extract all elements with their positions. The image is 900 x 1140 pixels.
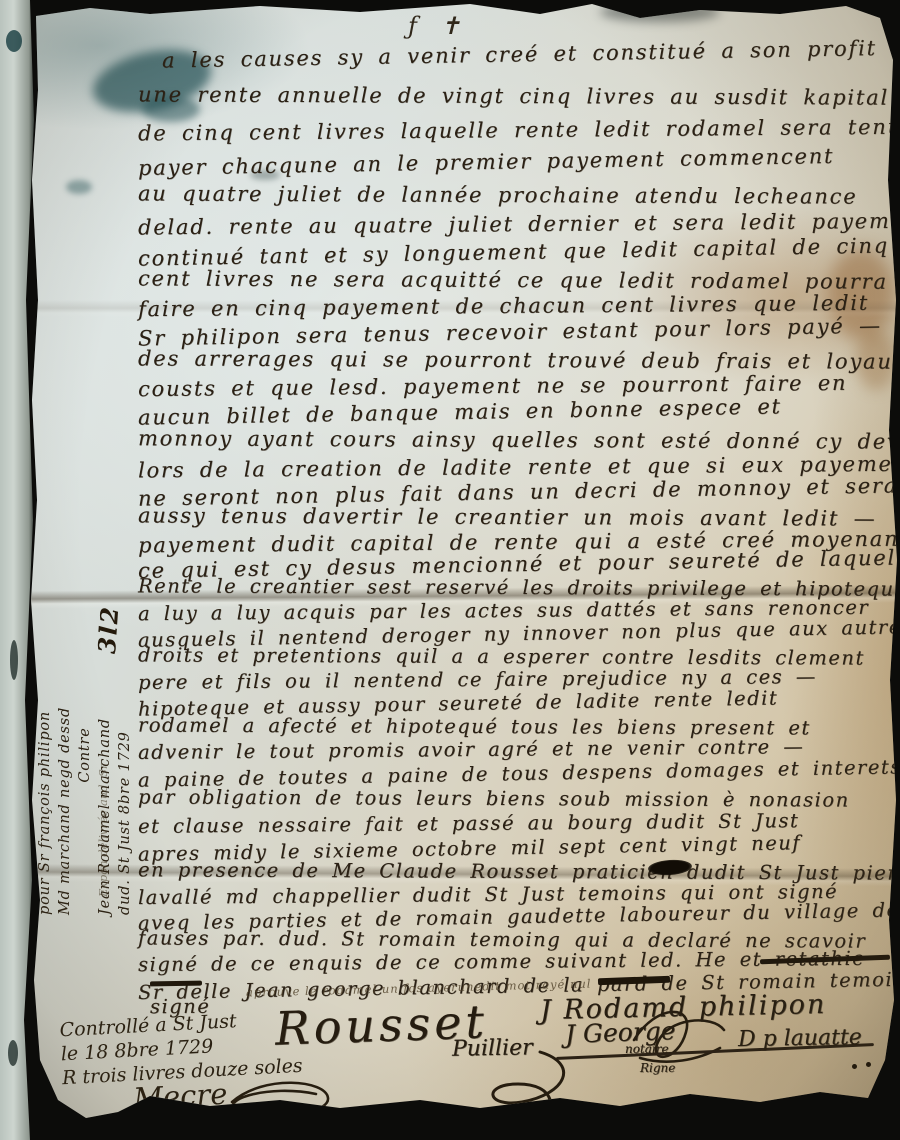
manuscript-line: payer chacqune an le premier payement co…	[138, 144, 835, 180]
tear-mark	[8, 1040, 18, 1066]
manuscript-line: cent livres ne sera acquitté ce que ledi…	[138, 266, 888, 293]
manuscript-line: monnoy ayant cours ainsy quelles sont es…	[138, 426, 900, 454]
signature-title: Rigne	[640, 1061, 675, 1075]
signature-paraph	[470, 1050, 590, 1140]
registrar-flourish	[228, 1078, 338, 1122]
ink-stain	[6, 30, 22, 52]
manuscript-line: au quatre juliet de lannée prochaine ate…	[138, 181, 858, 208]
adjacent-folio-edge	[0, 0, 34, 1140]
manuscript-line: par obligation de tous leurs biens soub …	[138, 785, 850, 811]
manuscript-line: continué tant et sy longuement que ledit…	[138, 233, 889, 270]
ink-dots	[852, 1062, 878, 1072]
manuscript-line: aussy tenus davertir le creantier un moi…	[138, 503, 877, 530]
manuscript-line: une rente annuelle de vingt cinq livres …	[138, 82, 889, 109]
folio-mark: 3l2	[92, 604, 124, 654]
registration-block: Controllé a St Just le 18 8bre 1729 R tr…	[59, 1006, 306, 1138]
manuscript-scene: ƒ ✝ a les causes sy a venir creé et cons…	[0, 0, 900, 1140]
signature-title: notaire	[625, 1042, 669, 1056]
docket-line: Md marchand negd dessd	[55, 595, 75, 915]
registration-numeral: 6	[120, 1102, 306, 1136]
manuscript-line: a les causes sy a venir creé et constitu…	[162, 35, 900, 72]
manuscript-line: de cinq cent livres laquelle rente ledit…	[138, 115, 900, 146]
edge-smudge	[600, 2, 720, 22]
strikethrough-mark	[150, 981, 202, 987]
signature-lavatte: D p lauatte	[738, 1025, 862, 1052]
manuscript-page: ƒ ✝ a les causes sy a venir creé et cons…	[0, 0, 900, 1140]
manuscript-line: des arrerages qui se pourront trouvé deu…	[138, 346, 900, 373]
margin-faint-note: Expon delivrée aud. Sr	[96, 667, 110, 897]
invocation-cross-mark: ƒ ✝	[408, 12, 469, 40]
tear-mark	[10, 640, 18, 680]
docket-line: pour Sr françois philipon	[35, 595, 55, 915]
teal-ink-speck	[66, 180, 92, 194]
